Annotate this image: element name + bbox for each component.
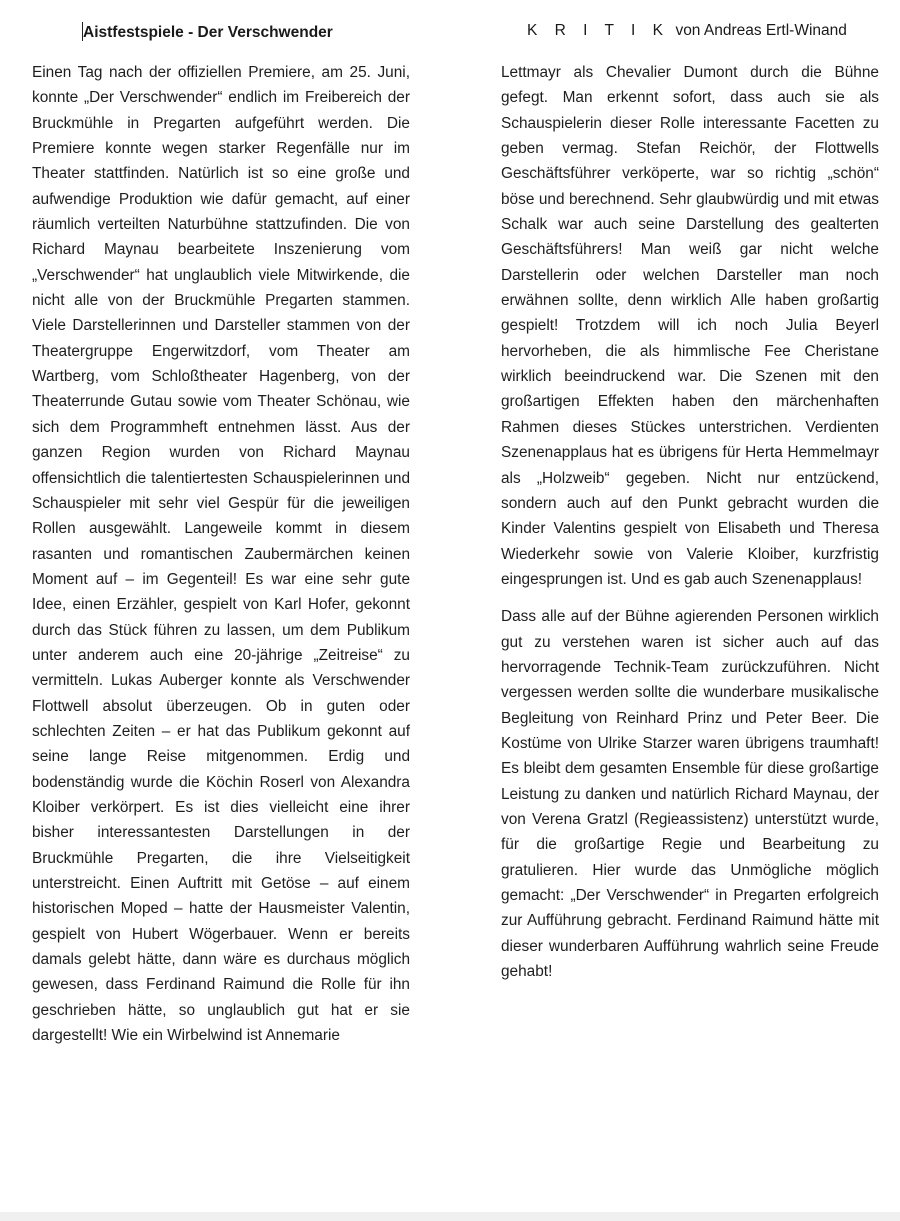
text-column-right: Lettmayr als Chevalier Dumont durch die … — [501, 60, 879, 984]
document-title-header: Aistfestspiele - Der Verschwender — [82, 22, 333, 42]
kritik-label: K R I T I K — [527, 22, 669, 39]
author-byline: von Andreas Ertl-Winand — [675, 22, 846, 39]
document-page[interactable]: Aistfestspiele - Der Verschwender K R I … — [0, 0, 900, 1212]
document-title: Aistfestspiele - Der Verschwender — [83, 24, 333, 41]
paragraph: Dass alle auf der Bühne agierenden Perso… — [501, 604, 879, 984]
text-column-left: Einen Tag nach der offiziellen Premiere,… — [32, 60, 410, 1048]
page-bottom-edge — [0, 1212, 900, 1221]
paragraph: Einen Tag nach der offiziellen Premiere,… — [32, 60, 410, 1048]
review-byline-header: K R I T I Kvon Andreas Ertl-Winand — [527, 22, 847, 40]
paragraph: Lettmayr als Chevalier Dumont durch die … — [501, 60, 879, 592]
